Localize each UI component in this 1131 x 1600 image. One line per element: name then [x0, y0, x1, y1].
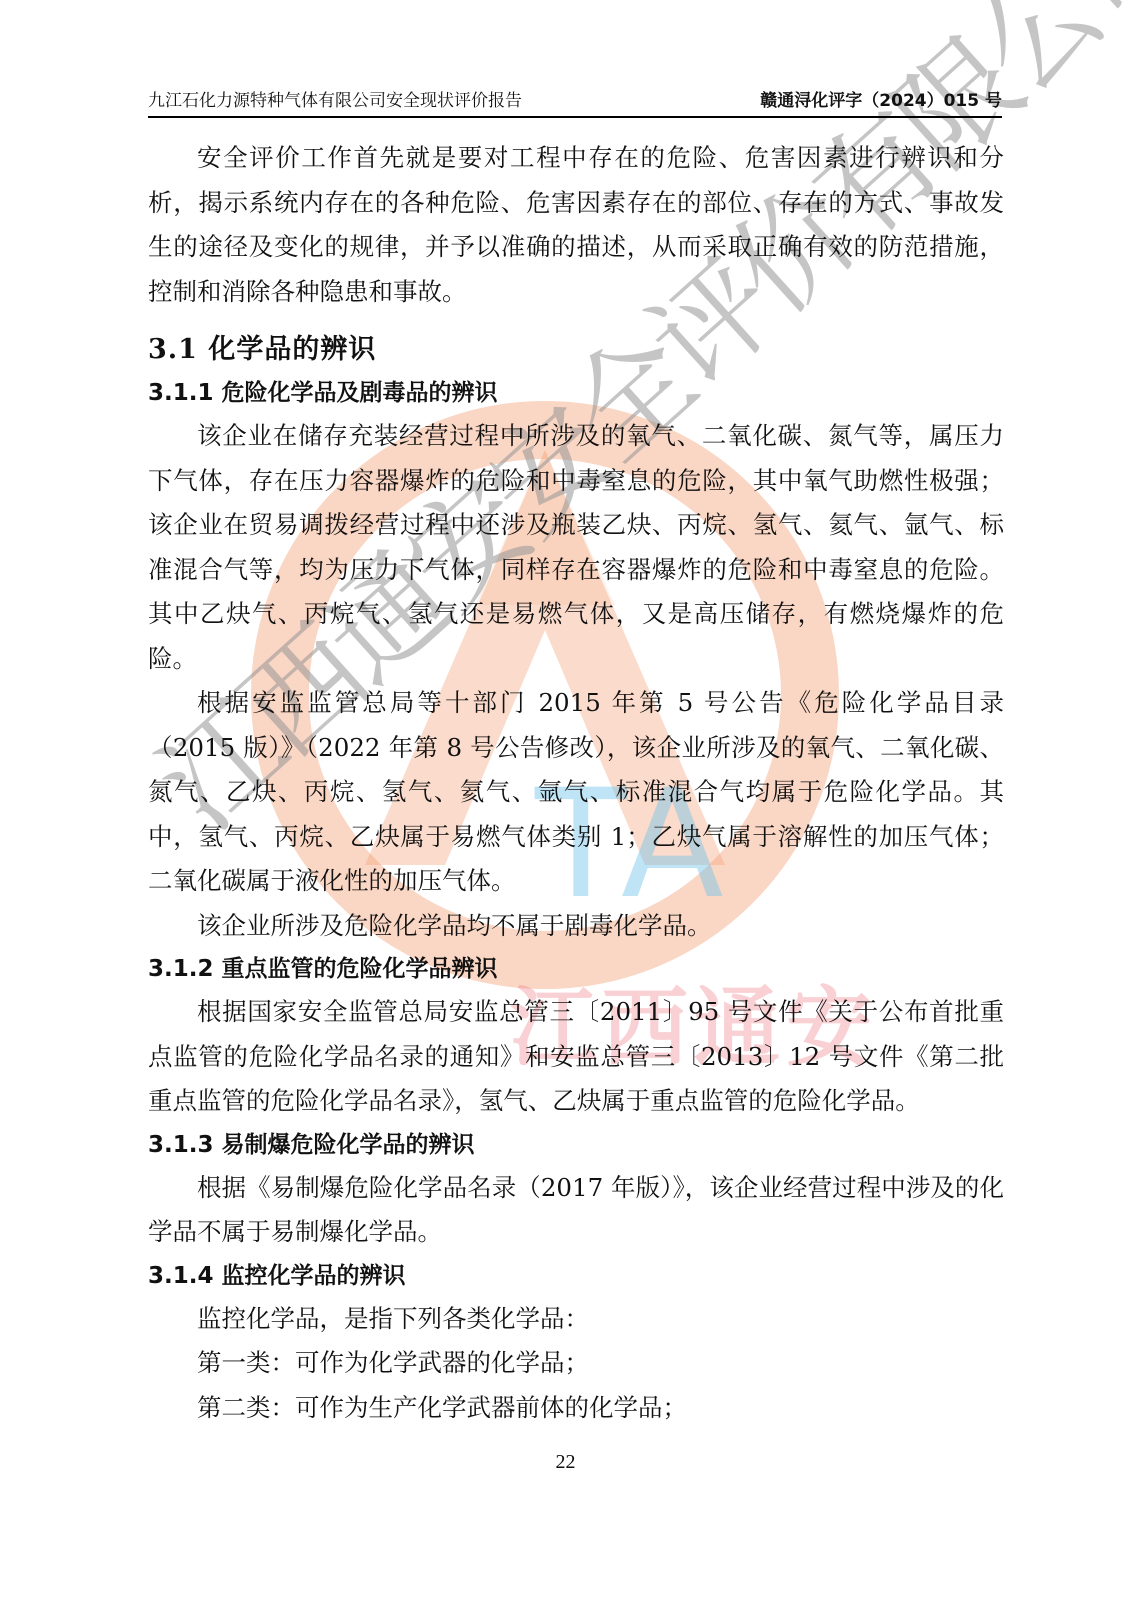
paragraph: 根据《易制爆危险化学品名录（2017 年版）》，该企业经营过程中涉及的化学品不属…: [148, 1166, 1004, 1255]
subsection-heading-3-1-3: 3.1.3 易制爆危险化学品的辨识: [148, 1124, 1004, 1166]
subsection-heading-3-1-2: 3.1.2 重点监管的危险化学品辨识: [148, 948, 1004, 990]
paragraph: 根据国家安全监管总局安监总管三〔2011〕95 号文件《关于公布首批重点监管的危…: [148, 990, 1004, 1124]
section-heading-3-1: 3.1 化学品的辨识: [148, 328, 1004, 372]
paragraph: 该企业所涉及危险化学品均不属于剧毒化学品。: [148, 904, 1004, 949]
subsection-heading-3-1-1: 3.1.1 危险化学品及剧毒品的辨识: [148, 372, 1004, 414]
running-header: 九江石化力源特种气体有限公司安全现状评价报告 赣通浔化评字（2024）015 号: [148, 88, 1002, 118]
page-number: 22: [0, 1451, 1131, 1474]
report-number: 赣通浔化评字（2024）015 号: [760, 88, 1002, 114]
paragraph: 该企业在储存充装经营过程中所涉及的氧气、二氧化碳、氮气等，属压力下气体，存在压力…: [148, 414, 1004, 681]
document-page: TA 江西通安 江西通安安全评价有限公司 九江石化力源特种气体有限公司安全现状评…: [0, 0, 1131, 1600]
paragraph: 监控化学品，是指下列各类化学品：: [148, 1297, 1004, 1342]
list-item: 第一类：可作为化学武器的化学品；: [148, 1341, 1004, 1386]
report-title: 九江石化力源特种气体有限公司安全现状评价报告: [148, 88, 522, 114]
paragraph: 根据安监监管总局等十部门 2015 年第 5 号公告《危险化学品目录（2015 …: [148, 681, 1004, 904]
intro-paragraph: 安全评价工作首先就是要对工程中存在的危险、危害因素进行辨识和分析，揭示系统内存在…: [148, 136, 1004, 314]
subsection-heading-3-1-4: 3.1.4 监控化学品的辨识: [148, 1255, 1004, 1297]
list-item: 第二类：可作为生产化学武器前体的化学品；: [148, 1386, 1004, 1431]
body-content: 安全评价工作首先就是要对工程中存在的危险、危害因素进行辨识和分析，揭示系统内存在…: [148, 136, 1004, 1430]
